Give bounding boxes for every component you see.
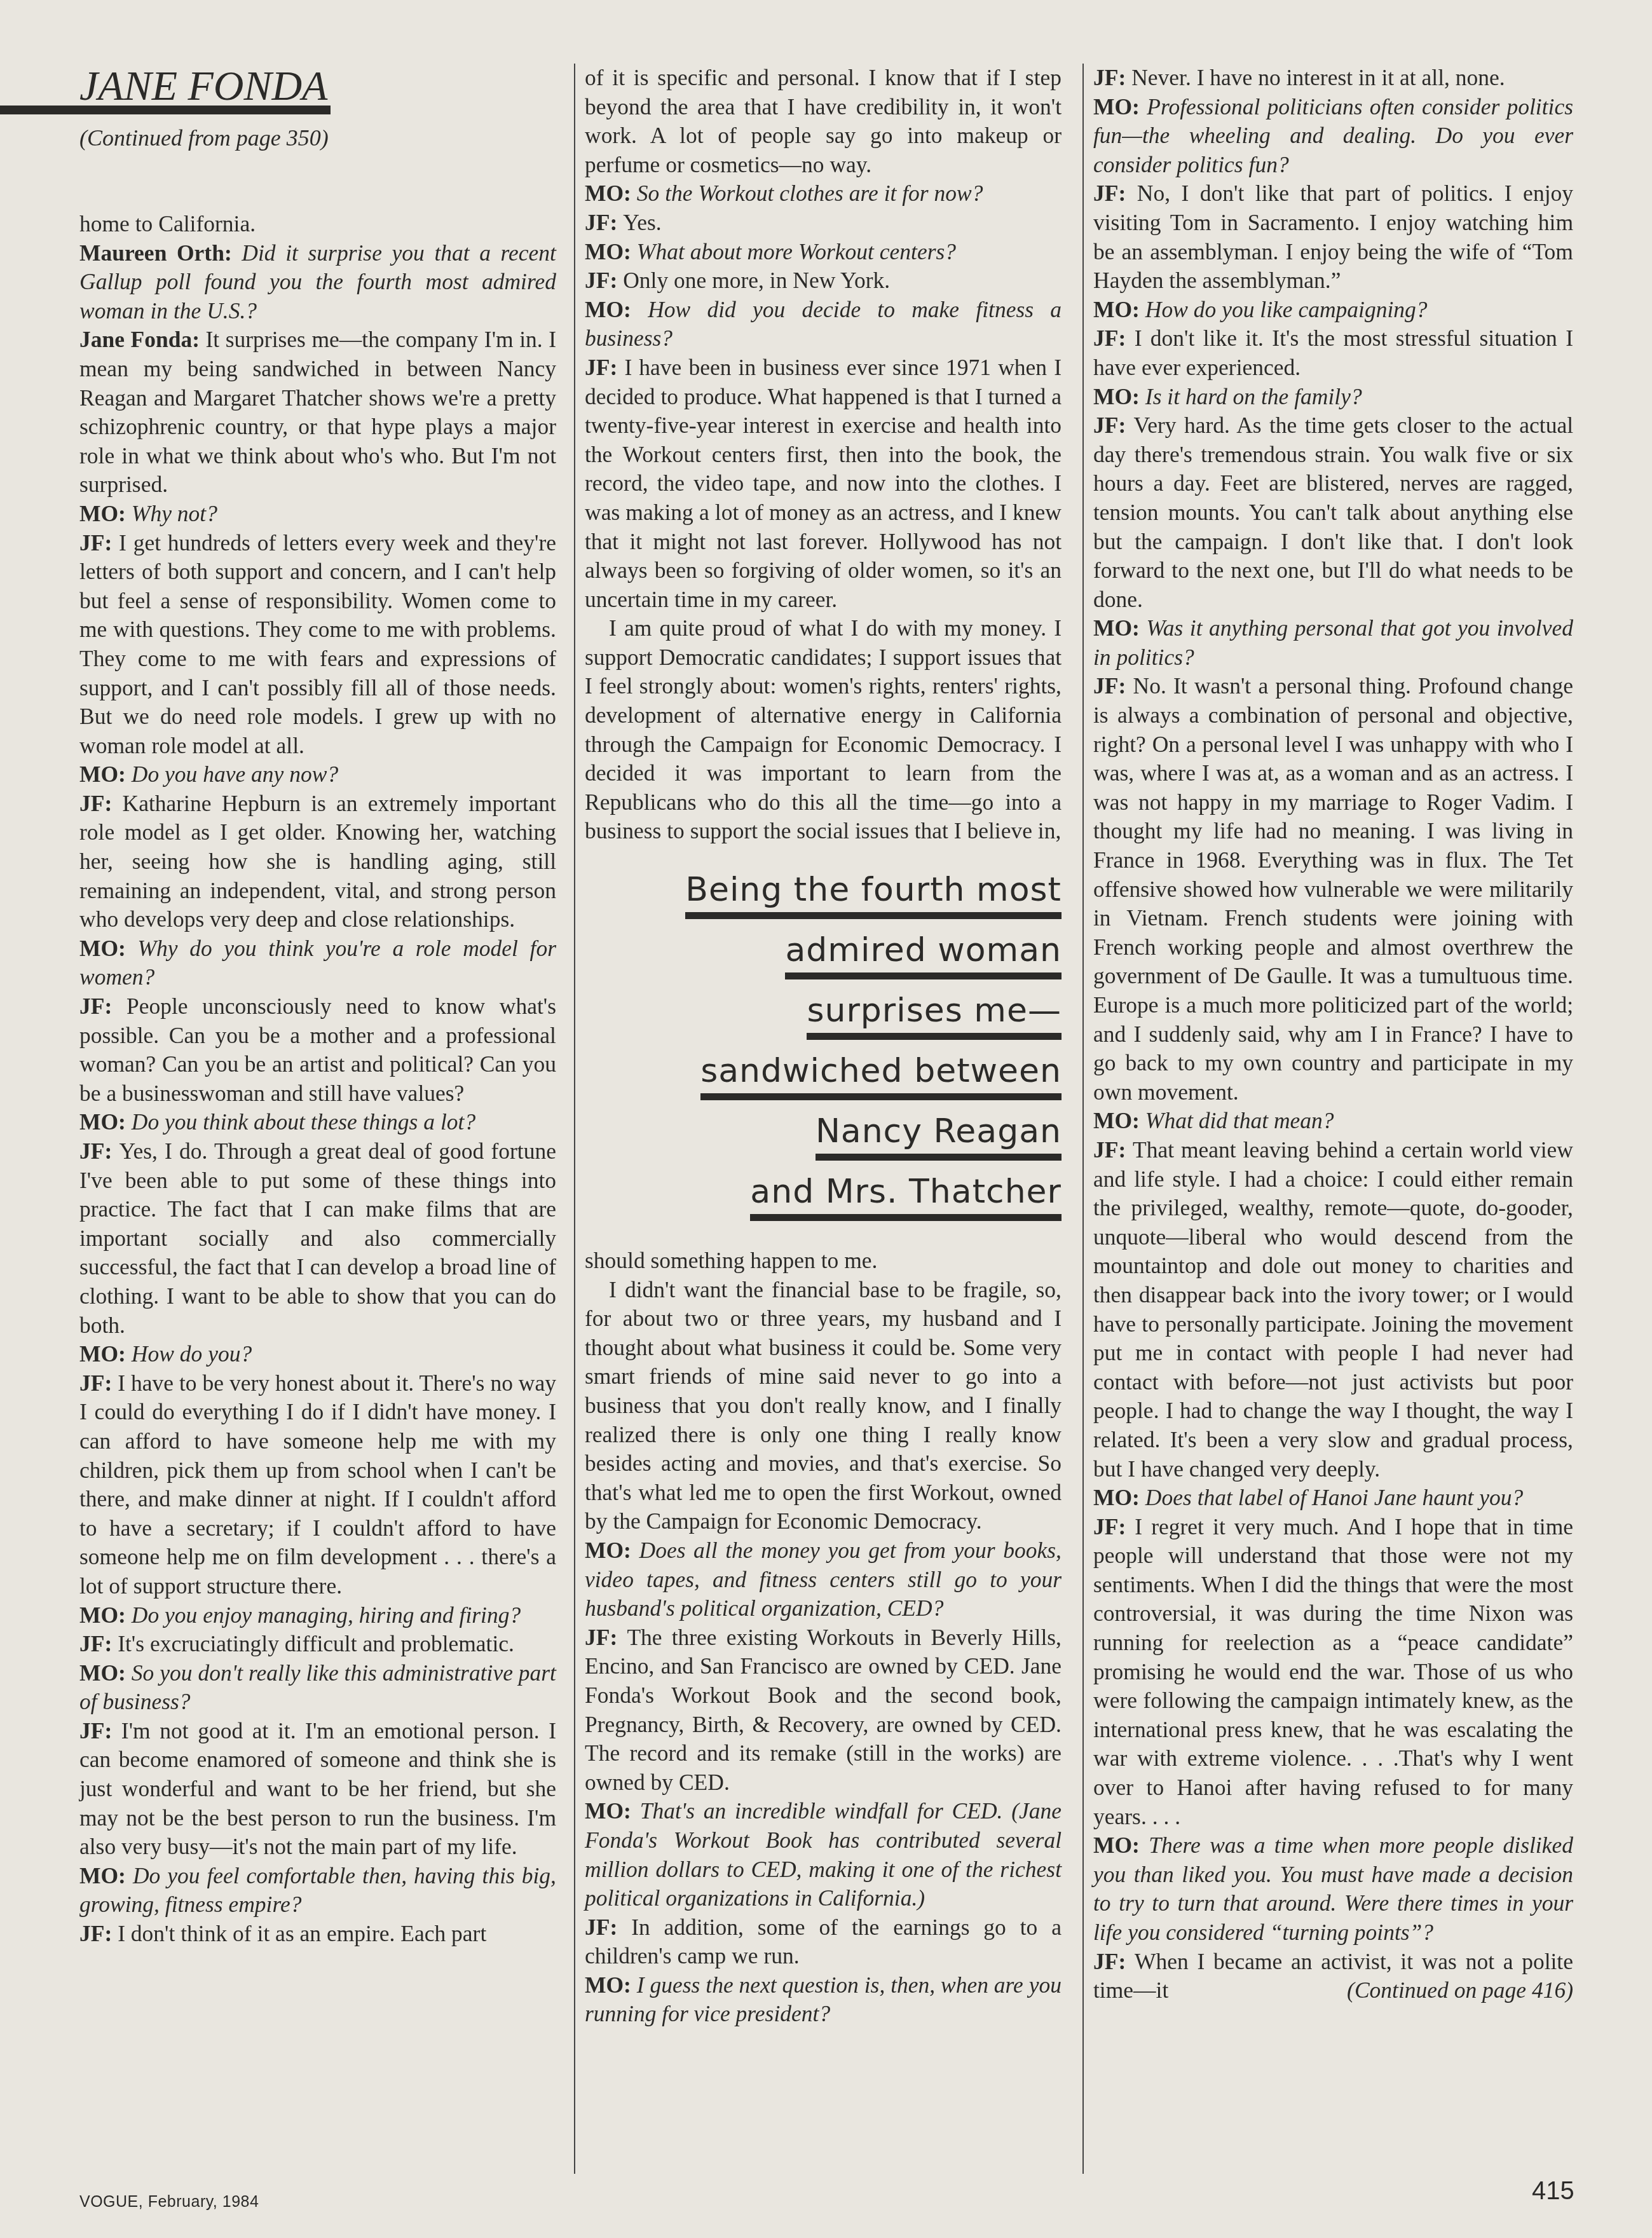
answer-text: People unconsciously need to know what's… xyxy=(79,993,556,1106)
speaker-label: Maureen Orth: xyxy=(79,240,242,266)
answer-text: No. It wasn't a personal thing. Profound… xyxy=(1093,673,1573,1104)
interview-paragraph: MO: So you don't really like this admini… xyxy=(79,1659,556,1717)
question-text: So the Workout clothes are it for now? xyxy=(637,181,983,206)
question-text: What about more Workout centers? xyxy=(637,239,956,264)
answer-text: I am quite proud of what I do with my mo… xyxy=(585,615,1062,843)
question-text: I guess the next question is, then, when… xyxy=(585,1972,1062,2027)
question-text: Do you think about these things a lot? xyxy=(132,1109,475,1135)
question-text: That's an incredible windfall for CED. (… xyxy=(585,1798,1062,1911)
column-1-body: home to California.Maureen Orth: Did it … xyxy=(79,210,556,1949)
speaker-label: MO: xyxy=(1093,297,1145,322)
interview-paragraph: MO: Do you think about these things a lo… xyxy=(79,1108,556,1137)
column-2-bottom: should something happen to me.I didn't w… xyxy=(585,1246,1062,2029)
speaker-label: MO: xyxy=(585,181,637,206)
body-paragraph: of it is specific and personal. I know t… xyxy=(585,64,1062,179)
column-1: home to California.Maureen Orth: Did it … xyxy=(79,64,556,1949)
question-text: Does that label of Hanoi Jane haunt you? xyxy=(1145,1485,1524,1510)
answer-text: Very hard. As the time gets closer to th… xyxy=(1093,413,1573,612)
speaker-label: MO: xyxy=(1093,615,1146,641)
question-text: Was it anything personal that got you in… xyxy=(1093,615,1573,670)
speaker-label: JF: xyxy=(79,1718,121,1743)
speaker-label: MO: xyxy=(585,297,648,322)
interview-paragraph: MO: Do you enjoy managing, hiring and fi… xyxy=(79,1601,556,1630)
speaker-label: MO: xyxy=(79,1602,132,1628)
interview-paragraph: MO: Does that label of Hanoi Jane haunt … xyxy=(1093,1484,1573,1513)
answer-text: It's excruciatingly difficult and proble… xyxy=(118,1631,514,1656)
interview-paragraph: MO: What about more Workout centers? xyxy=(585,238,1062,267)
speaker-label: JF: xyxy=(79,1370,118,1396)
column-2-top: of it is specific and personal. I know t… xyxy=(585,64,1062,846)
answer-text: I get hundreds of letters every week and… xyxy=(79,530,556,758)
interview-paragraph: JF: Yes, I do. Through a great deal of g… xyxy=(79,1137,556,1340)
question-text: Why not? xyxy=(132,501,217,526)
speaker-label: MO: xyxy=(585,239,637,264)
page-number: 415 xyxy=(1532,2177,1574,2206)
speaker-label: JF: xyxy=(1093,181,1137,206)
interview-paragraph: MO: How do you like campaigning? xyxy=(1093,296,1573,325)
speaker-label: MO: xyxy=(79,761,132,787)
interview-paragraph: JF: No, I don't like that part of politi… xyxy=(1093,179,1573,295)
question-text: Do you feel comfortable then, having thi… xyxy=(79,1863,556,1918)
speaker-label: MO: xyxy=(79,1863,133,1888)
body-paragraph: I am quite proud of what I do with my mo… xyxy=(585,614,1062,846)
speaker-label: MO: xyxy=(79,1660,132,1686)
body-paragraph: I didn't want the financial base to be f… xyxy=(585,1276,1062,1536)
question-text: Professional politicians often consider … xyxy=(1093,94,1573,177)
interview-paragraph: JF: Katharine Hepburn is an extremely im… xyxy=(79,789,556,934)
interview-paragraph: JF: In addition, some of the earnings go… xyxy=(585,1913,1062,1971)
question-text: How do you like campaigning? xyxy=(1145,297,1428,322)
answer-text: Never. I have no interest in it at all, … xyxy=(1131,65,1505,90)
speaker-label: JF: xyxy=(1093,413,1134,438)
question-text: How do you? xyxy=(132,1341,252,1367)
interview-paragraph: MO: How did you decide to make fitness a… xyxy=(585,296,1062,353)
interview-paragraph: JF: The three existing Workouts in Bever… xyxy=(585,1623,1062,1798)
column-divider xyxy=(1082,64,1084,2174)
answer-text: That meant leaving behind a certain worl… xyxy=(1093,1137,1573,1482)
speaker-label: JF: xyxy=(1093,673,1133,699)
answer-text: I have to be very honest about it. There… xyxy=(79,1370,556,1599)
speaker-label: MO: xyxy=(79,1341,132,1367)
interview-paragraph: JF: I'm not good at it. I'm an emotional… xyxy=(79,1717,556,1862)
interview-paragraph: JF: People unconsciously need to know wh… xyxy=(79,992,556,1108)
answer-text: In addition, some of the earnings go to … xyxy=(585,1914,1062,1969)
interview-paragraph: JF: That meant leaving behind a certain … xyxy=(1093,1136,1573,1484)
body-paragraph: should something happen to me. xyxy=(585,1246,1062,1276)
answer-text: I'm not good at it. I'm an emotional per… xyxy=(79,1718,556,1859)
interview-paragraph: JF: I don't think of it as an empire. Ea… xyxy=(79,1920,556,1949)
speaker-label: JF: xyxy=(79,1631,118,1656)
speaker-label: MO: xyxy=(79,936,138,961)
interview-paragraph: JF: I don't like it. It's the most stres… xyxy=(1093,324,1573,382)
pull-quote-line: and Mrs. Thatcher xyxy=(750,1173,1062,1221)
pull-quote-line: Being the fourth most xyxy=(685,871,1062,919)
question-text: Do you have any now? xyxy=(132,761,338,787)
interview-paragraph: MO: Do you feel comfortable then, having… xyxy=(79,1862,556,1920)
answer-text: Katharine Hepburn is an extremely import… xyxy=(79,791,556,932)
interview-paragraph: JF: I get hundreds of letters every week… xyxy=(79,529,556,761)
answer-text: The three existing Workouts in Beverly H… xyxy=(585,1625,1062,1795)
interview-paragraph: MO: That's an incredible windfall for CE… xyxy=(585,1797,1062,1913)
interview-paragraph: MO: There was a time when more people di… xyxy=(1093,1831,1573,1947)
interview-paragraph: JF: I have been in business ever since 1… xyxy=(585,353,1062,614)
interview-paragraph: JF: It's excruciatingly difficult and pr… xyxy=(79,1630,556,1659)
answer-text: I don't like it. It's the most stressful… xyxy=(1093,325,1573,380)
speaker-label: JF: xyxy=(585,210,623,235)
interview-paragraph: MO: Does all the money you get from your… xyxy=(585,1536,1062,1623)
interview-paragraph: MO: Why not? xyxy=(79,500,556,529)
answer-text: I didn't want the financial base to be f… xyxy=(585,1277,1062,1534)
speaker-label: JF: xyxy=(79,1138,119,1164)
question-text: There was a time when more people dislik… xyxy=(1093,1832,1573,1945)
interview-paragraph: MO: Was it anything personal that got yo… xyxy=(1093,614,1573,672)
interview-paragraph: Jane Fonda: It surprises me—the company … xyxy=(79,325,556,500)
speaker-label: MO: xyxy=(585,1538,639,1563)
interview-paragraph: MO: How do you? xyxy=(79,1340,556,1369)
speaker-label: JF: xyxy=(79,1921,118,1946)
pull-quote-line: admired woman xyxy=(785,932,1062,979)
answer-text: I have been in business ever since 1971 … xyxy=(585,355,1062,612)
pull-quote-line: surprises me— xyxy=(807,992,1062,1040)
speaker-label: MO: xyxy=(1093,94,1147,119)
interview-paragraph: MO: I guess the next question is, then, … xyxy=(585,1971,1062,2029)
interview-paragraph: MO: What did that mean? xyxy=(1093,1107,1573,1136)
speaker-label: JF: xyxy=(79,993,126,1019)
speaker-label: MO: xyxy=(1093,1485,1145,1510)
interview-paragraph: JF: Never. I have no interest in it at a… xyxy=(1093,64,1573,93)
question-text: Does all the money you get from your boo… xyxy=(585,1538,1062,1621)
speaker-label: JF: xyxy=(585,355,624,380)
speaker-label: JF: xyxy=(1093,1514,1135,1539)
body-paragraph: home to California. xyxy=(79,210,556,239)
interview-paragraph: JF: I have to be very honest about it. T… xyxy=(79,1369,556,1601)
speaker-label: MO: xyxy=(1093,1108,1145,1133)
speaker-label: JF: xyxy=(585,1625,627,1650)
interview-paragraph: JF: I regret it very much. And I hope th… xyxy=(1093,1513,1573,1832)
question-text: So you don't really like this administra… xyxy=(79,1660,556,1715)
interview-paragraph: JF: Yes. xyxy=(585,208,1062,238)
interview-paragraph: JF: When I became an activist, it was no… xyxy=(1093,1948,1573,2005)
interview-paragraph: JF: Very hard. As the time gets closer t… xyxy=(1093,411,1573,614)
pull-quote-line: Nancy Reagan xyxy=(816,1113,1062,1161)
speaker-label: JF: xyxy=(585,1914,631,1940)
speaker-label: MO: xyxy=(79,501,132,526)
speaker-label: Jane Fonda: xyxy=(79,327,206,352)
question-text: Why do you think you're a role model for… xyxy=(79,936,556,990)
speaker-label: MO: xyxy=(585,1972,637,1998)
column-3-body: JF: Never. I have no interest in it at a… xyxy=(1093,64,1573,2005)
pull-quote: Being the fourth mostadmired womansurpri… xyxy=(585,871,1062,1221)
column-divider xyxy=(574,64,575,2174)
interview-paragraph: MO: Do you have any now? xyxy=(79,760,556,789)
speaker-label: MO: xyxy=(79,1109,132,1135)
speaker-label: JF: xyxy=(1093,325,1135,351)
interview-paragraph: JF: Only one more, in New York. xyxy=(585,266,1062,296)
speaker-label: JF: xyxy=(79,791,123,816)
speaker-label: MO: xyxy=(1093,384,1145,409)
interview-paragraph: JF: No. It wasn't a personal thing. Prof… xyxy=(1093,672,1573,1107)
interview-paragraph: MO: Is it hard on the family? xyxy=(1093,383,1573,412)
speaker-label: JF: xyxy=(1093,1137,1133,1163)
answer-text: No, I don't like that part of politics. … xyxy=(1093,181,1573,293)
interview-paragraph: Maureen Orth: Did it surprise you that a… xyxy=(79,239,556,326)
answer-text: I don't think of it as an empire. Each p… xyxy=(118,1921,486,1946)
publication-footer: VOGUE, February, 1984 xyxy=(79,2193,259,2211)
question-text: How did you decide to make fitness a bus… xyxy=(585,297,1062,351)
interview-paragraph: MO: Professional politicians often consi… xyxy=(1093,93,1573,180)
speaker-label: JF: xyxy=(585,268,623,293)
speaker-label: MO: xyxy=(585,1798,640,1824)
interview-paragraph: MO: So the Workout clothes are it for no… xyxy=(585,179,1062,208)
answer-text: I regret it very much. And I hope that i… xyxy=(1093,1514,1573,1829)
speaker-label: JF: xyxy=(1093,65,1131,90)
speaker-label: JF: xyxy=(1093,1949,1135,1974)
continued-on: (Continued on page 416) xyxy=(1347,1976,1573,2005)
answer-text: home to California. xyxy=(79,211,256,236)
speaker-label: JF: xyxy=(79,530,119,556)
column-2: of it is specific and personal. I know t… xyxy=(585,64,1062,2029)
question-text: Do you enjoy managing, hiring and firing… xyxy=(132,1602,521,1628)
question-text: Is it hard on the family? xyxy=(1145,384,1362,409)
answer-text: It surprises me—the company I'm in. I me… xyxy=(79,327,556,497)
answer-text: of it is specific and personal. I know t… xyxy=(585,65,1062,177)
answer-text: should something happen to me. xyxy=(585,1248,877,1273)
answer-text: Yes. xyxy=(623,210,662,235)
pull-quote-line: sandwiched between xyxy=(700,1053,1062,1100)
column-3: JF: Never. I have no interest in it at a… xyxy=(1093,64,1573,2005)
question-text: What did that mean? xyxy=(1145,1108,1334,1133)
answer-text: Only one more, in New York. xyxy=(623,268,890,293)
speaker-label: MO: xyxy=(1093,1832,1149,1858)
answer-text: Yes, I do. Through a great deal of good … xyxy=(79,1138,556,1338)
interview-paragraph: MO: Why do you think you're a role model… xyxy=(79,934,556,992)
